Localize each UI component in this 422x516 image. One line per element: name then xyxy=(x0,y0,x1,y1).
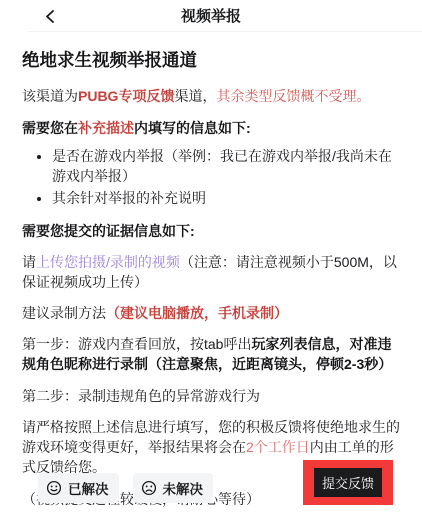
desc-title: 需要您在补充描述内填写的信息如下: xyxy=(22,118,400,138)
record-method-highlight: （建议电脑播放，手机录制） xyxy=(106,305,288,321)
step1-paragraph: 第一步：游戏内查看回放，按tab呼出玩家列表信息，对准违规角色昵称进行录制（注意… xyxy=(22,334,400,374)
resolved-button[interactable]: 已解决 xyxy=(38,473,119,503)
desc-title-highlight: 补充描述 xyxy=(78,120,134,136)
upload-paragraph: 请上传您拍摄/录制的视频（注意：请注意视频小于500M，以保证视频成功上传） xyxy=(22,252,400,292)
back-button[interactable] xyxy=(38,4,62,28)
unresolved-label: 未解决 xyxy=(163,478,204,498)
header-divider xyxy=(28,31,422,32)
unresolved-button[interactable]: 未解决 xyxy=(133,473,214,503)
record-method-pre: 建议录制方法 xyxy=(22,305,106,321)
intro-paragraph: 该渠道为PUBG专项反馈渠道，其余类型反馈概不受理。 xyxy=(22,86,400,106)
chevron-left-icon xyxy=(44,10,57,23)
resolved-label: 已解决 xyxy=(68,478,109,498)
feedback-footer: 已解决 未解决 提交反馈 xyxy=(0,465,422,511)
desc-title-pre: 需要您在 xyxy=(22,120,78,136)
intro-pre: 该渠道为 xyxy=(22,88,78,104)
upload-pre: 请 xyxy=(22,254,36,270)
bullet-item: 是否在游戏内举报（举例：我已在游戏内举报/我尚未在游戏内举报） xyxy=(52,146,400,186)
intro-warning: 其余类型反馈概不受理。 xyxy=(216,88,370,104)
bullet-item: 其余针对举报的补充说明 xyxy=(52,188,400,208)
smiley-icon xyxy=(46,480,62,496)
page-title: 视频举报 xyxy=(0,5,422,26)
desc-title-post: 内填写的信息如下: xyxy=(134,120,251,136)
submit-feedback-button[interactable]: 提交反馈 xyxy=(314,468,382,497)
step2-paragraph: 第二步：录制违规角色的异常游戏行为 xyxy=(22,386,400,406)
header: 视频举报 xyxy=(0,0,422,31)
intro-highlight: PUBG专项反馈 xyxy=(78,88,174,104)
article-heading: 绝地求生视频举报通道 xyxy=(22,49,400,71)
record-method-paragraph: 建议录制方法（建议电脑播放，手机录制） xyxy=(22,303,400,323)
highlight-box: 提交反馈 xyxy=(303,460,393,505)
desc-bullet-list: 是否在游戏内举报（举例：我已在游戏内举报/我尚未在游戏内举报） 其余针对举报的补… xyxy=(22,146,400,208)
step1-pre: 第一步：游戏内查看回放，按tab呼出 xyxy=(22,336,251,352)
intro-mid: 渠道， xyxy=(174,88,216,104)
evidence-title: 需要您提交的证据信息如下: xyxy=(22,221,400,241)
upload-video-link[interactable]: 上传您拍摄/录制的视频 xyxy=(36,254,180,270)
closing-highlight: 2个工作日 xyxy=(246,439,310,455)
report-instructions: 绝地求生视频举报通道 该渠道为PUBG专项反馈渠道，其余类型反馈概不受理。 需要… xyxy=(0,49,422,509)
frown-icon xyxy=(141,480,157,496)
